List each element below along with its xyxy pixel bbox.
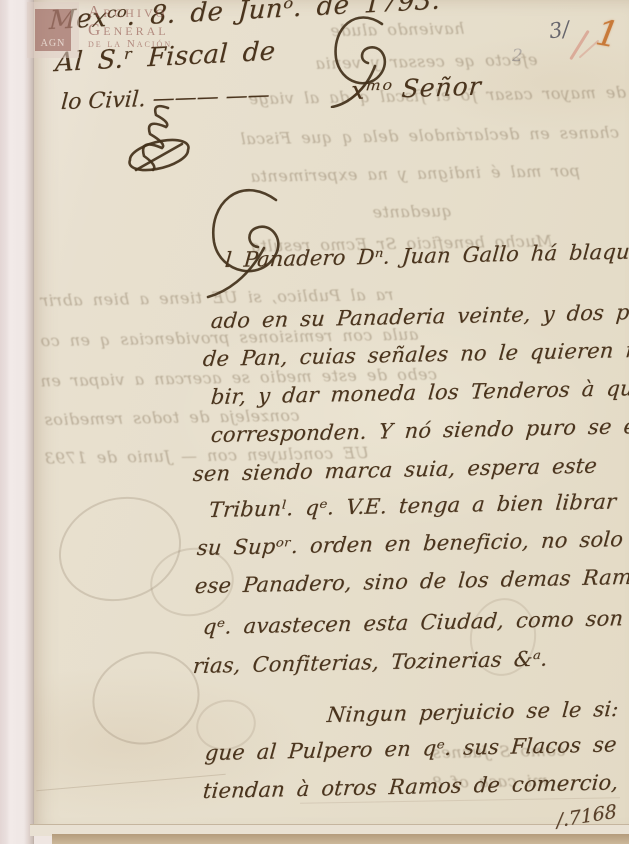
pencil-faint-number: 2 <box>512 46 523 66</box>
bleedthrough-line: quedante <box>372 201 452 221</box>
book-spine <box>0 0 34 844</box>
salutation-text: xᵐᵒ Señor <box>349 71 483 105</box>
underlying-sheet-edge <box>52 834 629 844</box>
rubric-flourish <box>116 104 200 176</box>
manuscript-scan: haviendo alude efecto qe cessar y venia … <box>0 0 629 844</box>
pencil-folio-number: 3/ <box>547 17 571 44</box>
paragraph-initial-flourish <box>204 186 300 300</box>
